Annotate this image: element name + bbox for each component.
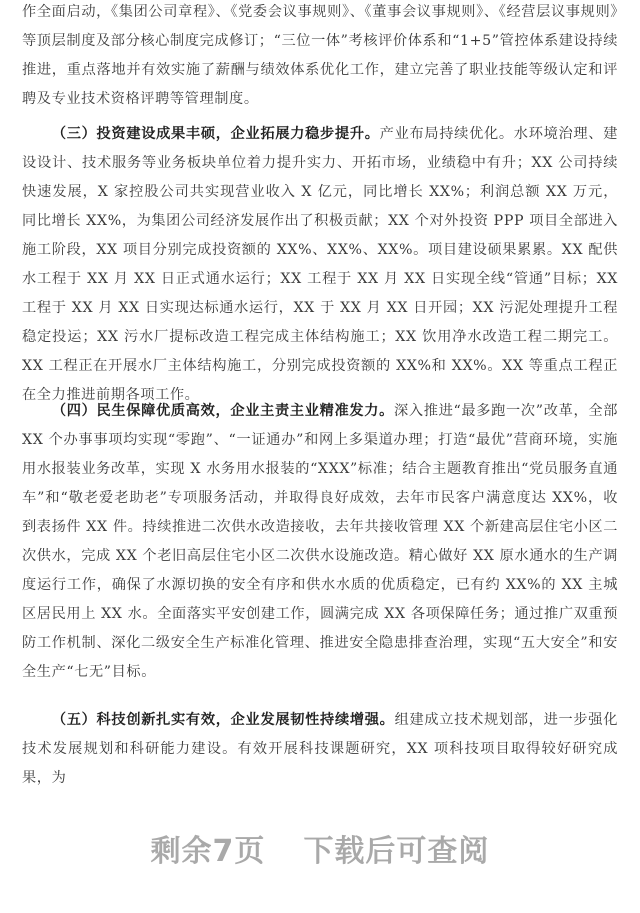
paragraph-body: 深入推进“最多跑一次”改革，全部 XX 个办事事项均实现“零跑”、“一证通办”和…	[22, 403, 618, 680]
paragraph-body: 作全面启动，《集团公司章程》、《党委会议事规则》、《董事会议事规则》、《经营层议…	[22, 4, 618, 107]
paragraph-continuation: 作全面启动，《集团公司章程》、《党委会议事规则》、《董事会议事规则》、《经营层议…	[22, 0, 618, 114]
paragraph-section-5-technology: （五）科技创新扎实有效，企业发展韧性持续增强。组建成立技术规划部，进一步强化技术…	[22, 706, 618, 793]
section-heading: （五）科技创新扎实有效，企业发展韧性持续增强。	[52, 712, 395, 728]
download-to-view-label[interactable]: 下载后可查阅	[303, 834, 489, 869]
section-heading: （三）投资建设成果丰硕，企业拓展力稳步提升。	[52, 126, 380, 142]
remaining-pages-label: 剩余7页	[151, 834, 266, 869]
section-heading: （四）民生保障优质高效，企业主责主业精准发力。	[52, 403, 394, 419]
download-prompt-watermark[interactable]: 剩余7页下载后可查阅	[0, 826, 640, 870]
paragraph-section-3-investment: （三）投资建设成果丰硕，企业拓展力稳步提升。产业布局持续优化。水环境治理、建设设…	[22, 120, 618, 410]
paragraph-body: 产业布局持续优化。水环境治理、建设设计、技术服务等业务板块单位着力提升实力、开拓…	[22, 126, 618, 403]
paragraph-section-4-livelihood: （四）民生保障优质高效，企业主责主业精准发力。深入推进“最多跑一次”改革，全部 …	[22, 397, 618, 687]
